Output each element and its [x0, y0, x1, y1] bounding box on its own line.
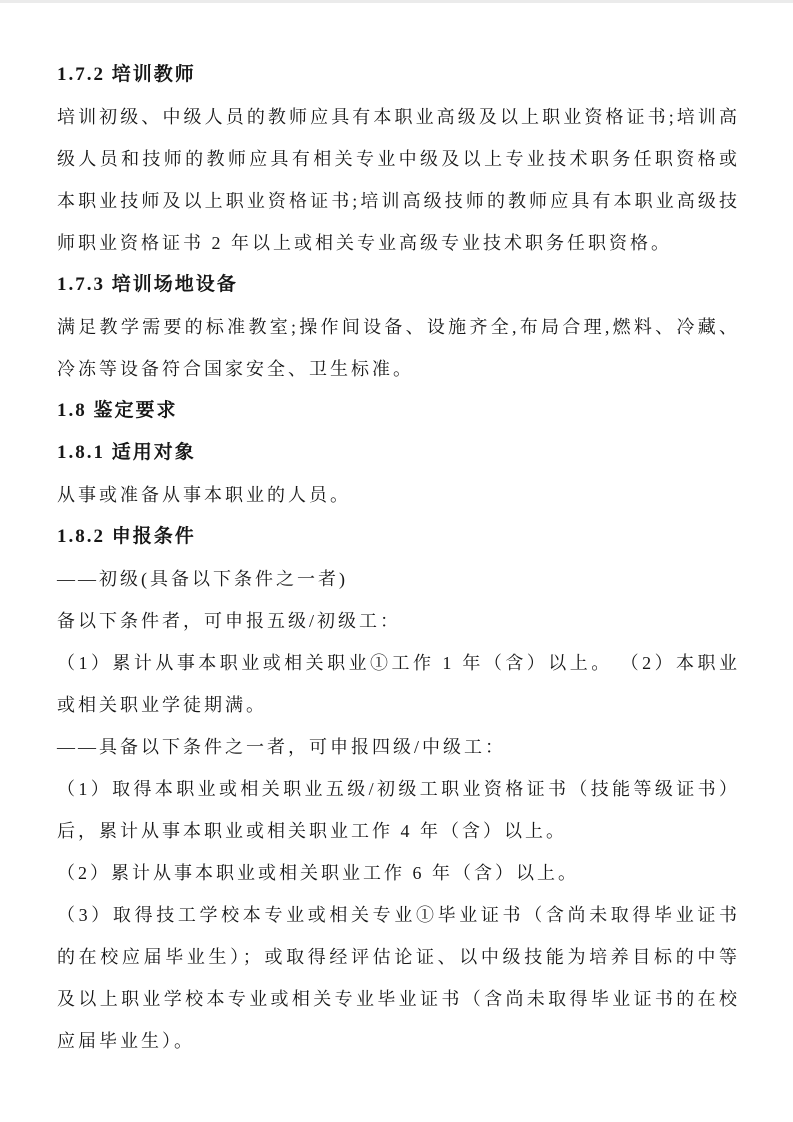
section-heading: 1.8.1 适用对象: [57, 432, 740, 474]
body-paragraph: （1）取得本职业或相关职业五级/初级工职业资格证书（技能等级证书）后，累计从事本…: [57, 768, 740, 852]
section-heading: 1.7.2 培训教师: [57, 54, 740, 96]
section-heading: 1.8.2 申报条件: [57, 516, 740, 558]
body-paragraph: 备以下条件者，可申报五级/初级工：: [57, 600, 740, 642]
body-paragraph: 培训初级、中级人员的教师应具有本职业高级及以上职业资格证书;培训高级人员和技师的…: [57, 96, 740, 264]
document-content: 1.7.2 培训教师培训初级、中级人员的教师应具有本职业高级及以上职业资格证书;…: [57, 54, 740, 1062]
body-paragraph: （1）累计从事本职业或相关职业①工作 1 年（含）以上。 （2）本职业或相关职业…: [57, 642, 740, 726]
body-paragraph: 满足教学需要的标准教室;操作间设备、设施齐全,布局合理,燃料、冷藏、冷冻等设备符…: [57, 306, 740, 390]
body-paragraph: ——初级(具备以下条件之一者): [57, 558, 740, 600]
body-paragraph: （3）取得技工学校本专业或相关专业①毕业证书（含尚未取得毕业证书的在校应届毕业生…: [57, 894, 740, 1062]
body-paragraph: （2）累计从事本职业或相关职业工作 6 年（含）以上。: [57, 852, 740, 894]
document-page: 1.7.2 培训教师培训初级、中级人员的教师应具有本职业高级及以上职业资格证书;…: [0, 0, 793, 1122]
body-paragraph: 从事或准备从事本职业的人员。: [57, 474, 740, 516]
section-heading: 1.7.3 培训场地设备: [57, 264, 740, 306]
body-paragraph: ——具备以下条件之一者，可申报四级/中级工：: [57, 726, 740, 768]
page-top-scan-edge: [0, 0, 793, 3]
section-heading: 1.8 鉴定要求: [57, 390, 740, 432]
